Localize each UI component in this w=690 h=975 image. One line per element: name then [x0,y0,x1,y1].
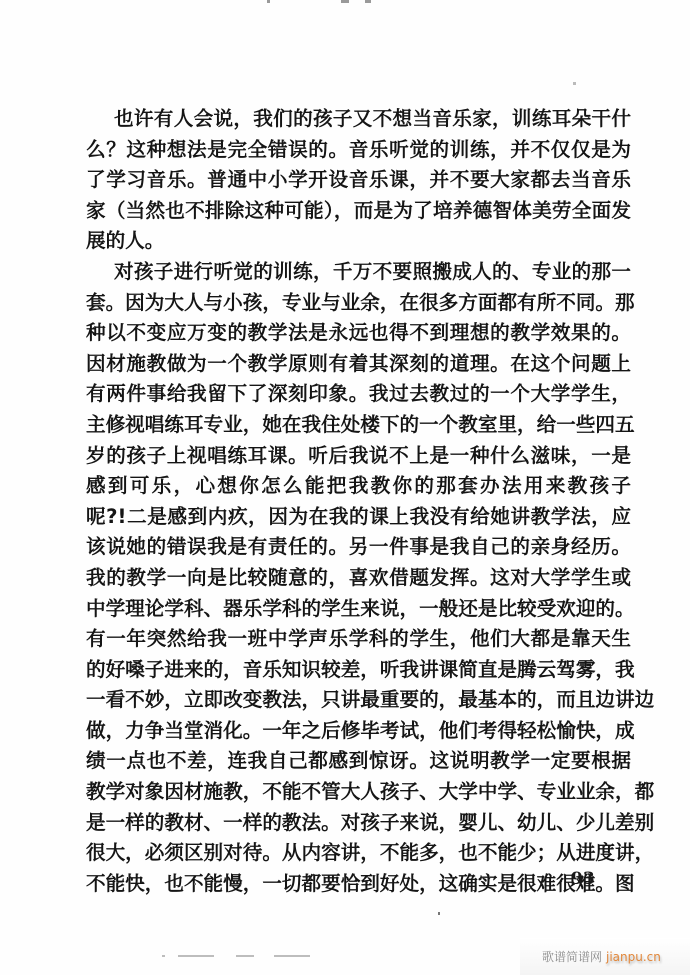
text-line: 中学理论学科、器乐学科的学生来说，一般还是比较受欢迎的。 [86,594,631,625]
page-number: 93 [571,869,595,889]
text-line: 套。因为大人与小孩，专业与业余，在很多方面都有所不同。那 [86,288,631,319]
text-line: 岁的孩子上视唱练耳课。听后我说不上是一种什么滋味，一是 [86,441,631,472]
scan-speck [194,883,196,885]
text-line: 一看不妙，立即改变教法，只讲最重要的，最基本的，而且边讲边 [86,685,631,716]
text-line: 很大，必须区别对待。从内容讲，不能多，也不能少；从进度讲， [86,838,631,869]
text-line: 有一年突然给我一班中学声乐学科的学生，他们大都是靠天生 [86,624,631,655]
text-line: 教学对象因材施教，不能不管大人孩子、大学中学、专业业余，都 [86,777,631,808]
text-line: 么？这种想法是完全错误的。音乐听觉的训练，并不仅仅是为 [86,135,631,166]
text-line: 感到可乐，心想你怎么能把我教你的那套办法用来教孩子 [86,471,631,502]
scan-speck [573,82,576,85]
watermark-domain: jianpu.cn [606,950,661,964]
scanned-book-page: 也许有人会说，我们的孩子又不想当音乐家，训练耳朵干什 么？这种想法是完全错误的。… [0,0,690,975]
scan-artifact-bottom [162,955,322,958]
text-line: 家（当然也不排除这种可能），而是为了培养德智体美劳全面发 [86,196,631,227]
text-line: 绩一点也不差，连我自己都感到惊讶。这说明教学一定要根据 [86,746,631,777]
text-line: 的好嗓子进来的，音乐知识较差，听我讲课简直是腾云驾雾，我 [86,655,631,686]
text-line: 主修视唱练耳专业，她在我住处楼下的一个教室里，给一些四五 [86,410,631,441]
text-line: 有两件事给我留下了深刻印象。我过去教过的一个大学学生， [86,379,631,410]
scan-artifact-top [195,0,395,6]
text-line: 该说她的错误我是有责任的。另一件事是我自己的亲身经历。 [86,532,631,563]
text-line: 呢?!二是感到内疚，因为在我的课上我没有给她讲教学法，应 [86,502,631,533]
watermark-chinese: 歌谱简谱网 [542,948,602,965]
text-line: 对孩子进行听觉的训练，千万不要照搬成人的、专业的那一 [86,257,631,288]
site-watermark: 歌谱简谱网 jianpu.cn [520,938,690,975]
text-line: 也许有人会说，我们的孩子又不想当音乐家，训练耳朵干什 [86,104,631,135]
text-line: 了学习音乐。普通中小学开设音乐课，并不要大家都去当音乐 [86,165,631,196]
text-line: 是一样的教材、一样的教法。对孩子来说，婴儿、幼儿、少儿差别 [86,808,631,839]
text-line: 我的教学一向是比较随意的，喜欢借题发挥。这对大学学生或 [86,563,631,594]
text-line: 种以不变应万变的教学法是永远也得不到理想的教学效果的。 [86,318,631,349]
scan-speck [438,912,440,915]
text-line: 展的人。 [86,226,631,257]
text-line: 做，力争当堂消化。一年之后修毕考试，他们考得轻松愉快，成 [86,716,631,747]
text-line: 因材施教做为一个教学原则有着其深刻的道理。在这个问题上 [86,349,631,380]
text-line: 不能快，也不能慢，一切都要恰到好处，这确实是很难很难。图 [86,869,631,900]
body-text: 也许有人会说，我们的孩子又不想当音乐家，训练耳朵干什 么？这种想法是完全错误的。… [86,104,631,899]
